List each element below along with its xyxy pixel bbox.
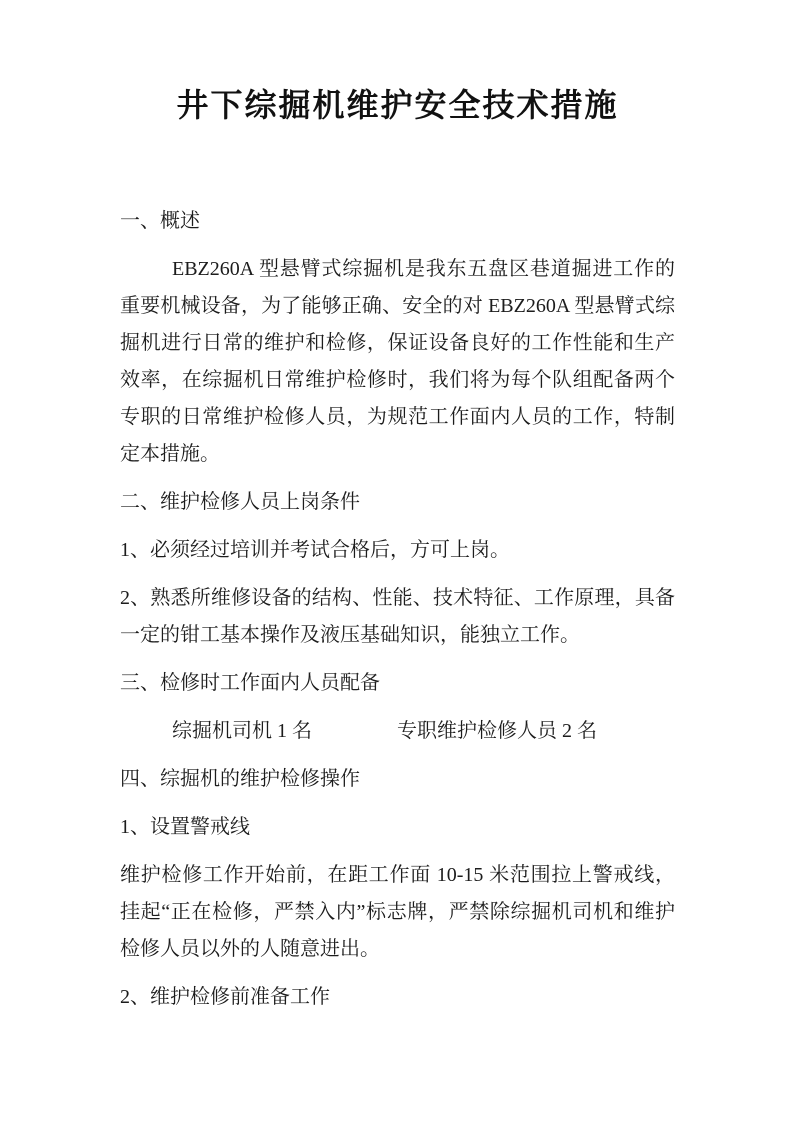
staffing-line: 综掘机司机 1 名 专职维护检修人员 2 名 (120, 713, 675, 750)
section-heading-overview: 一、概述 (120, 203, 675, 240)
paragraph-qualification-item-1: 1、必须经过培训并考试合格后，方可上岗。 (120, 532, 675, 569)
paragraph-overview-body: EBZ260A 型悬臂式综掘机是我东五盘区巷道掘进工作的重要机械设备，为了能够正… (120, 251, 675, 473)
document-page: 井下综掘机维护安全技术措施 一、概述 EBZ260A 型悬臂式综掘机是我东五盘区… (0, 0, 793, 1122)
staffing-maintainers: 专职维护检修人员 2 名 (397, 713, 597, 750)
paragraph-preparation-heading: 2、维护检修前准备工作 (120, 979, 675, 1016)
section-heading-staffing: 三、检修时工作面内人员配备 (120, 665, 675, 702)
staffing-driver: 综掘机司机 1 名 (172, 720, 312, 742)
paragraph-warning-line-body: 维护检修工作开始前，在距工作面 10-15 米范围拉上警戒线，挂起“正在检修，严… (120, 857, 675, 968)
section-heading-operations: 四、综掘机的维护检修操作 (120, 761, 675, 798)
document-content: 井下综掘机维护安全技术措施 一、概述 EBZ260A 型悬臂式综掘机是我东五盘区… (0, 85, 793, 1016)
document-title: 井下综掘机维护安全技术措施 (120, 85, 675, 125)
paragraph-qualification-item-2: 2、熟悉所维修设备的结构、性能、技术特征、工作原理，具备一定的钳工基本操作及液压… (120, 580, 675, 654)
section-heading-qualifications: 二、维护检修人员上岗条件 (120, 484, 675, 521)
paragraph-warning-line-heading: 1、设置警戒线 (120, 809, 675, 846)
